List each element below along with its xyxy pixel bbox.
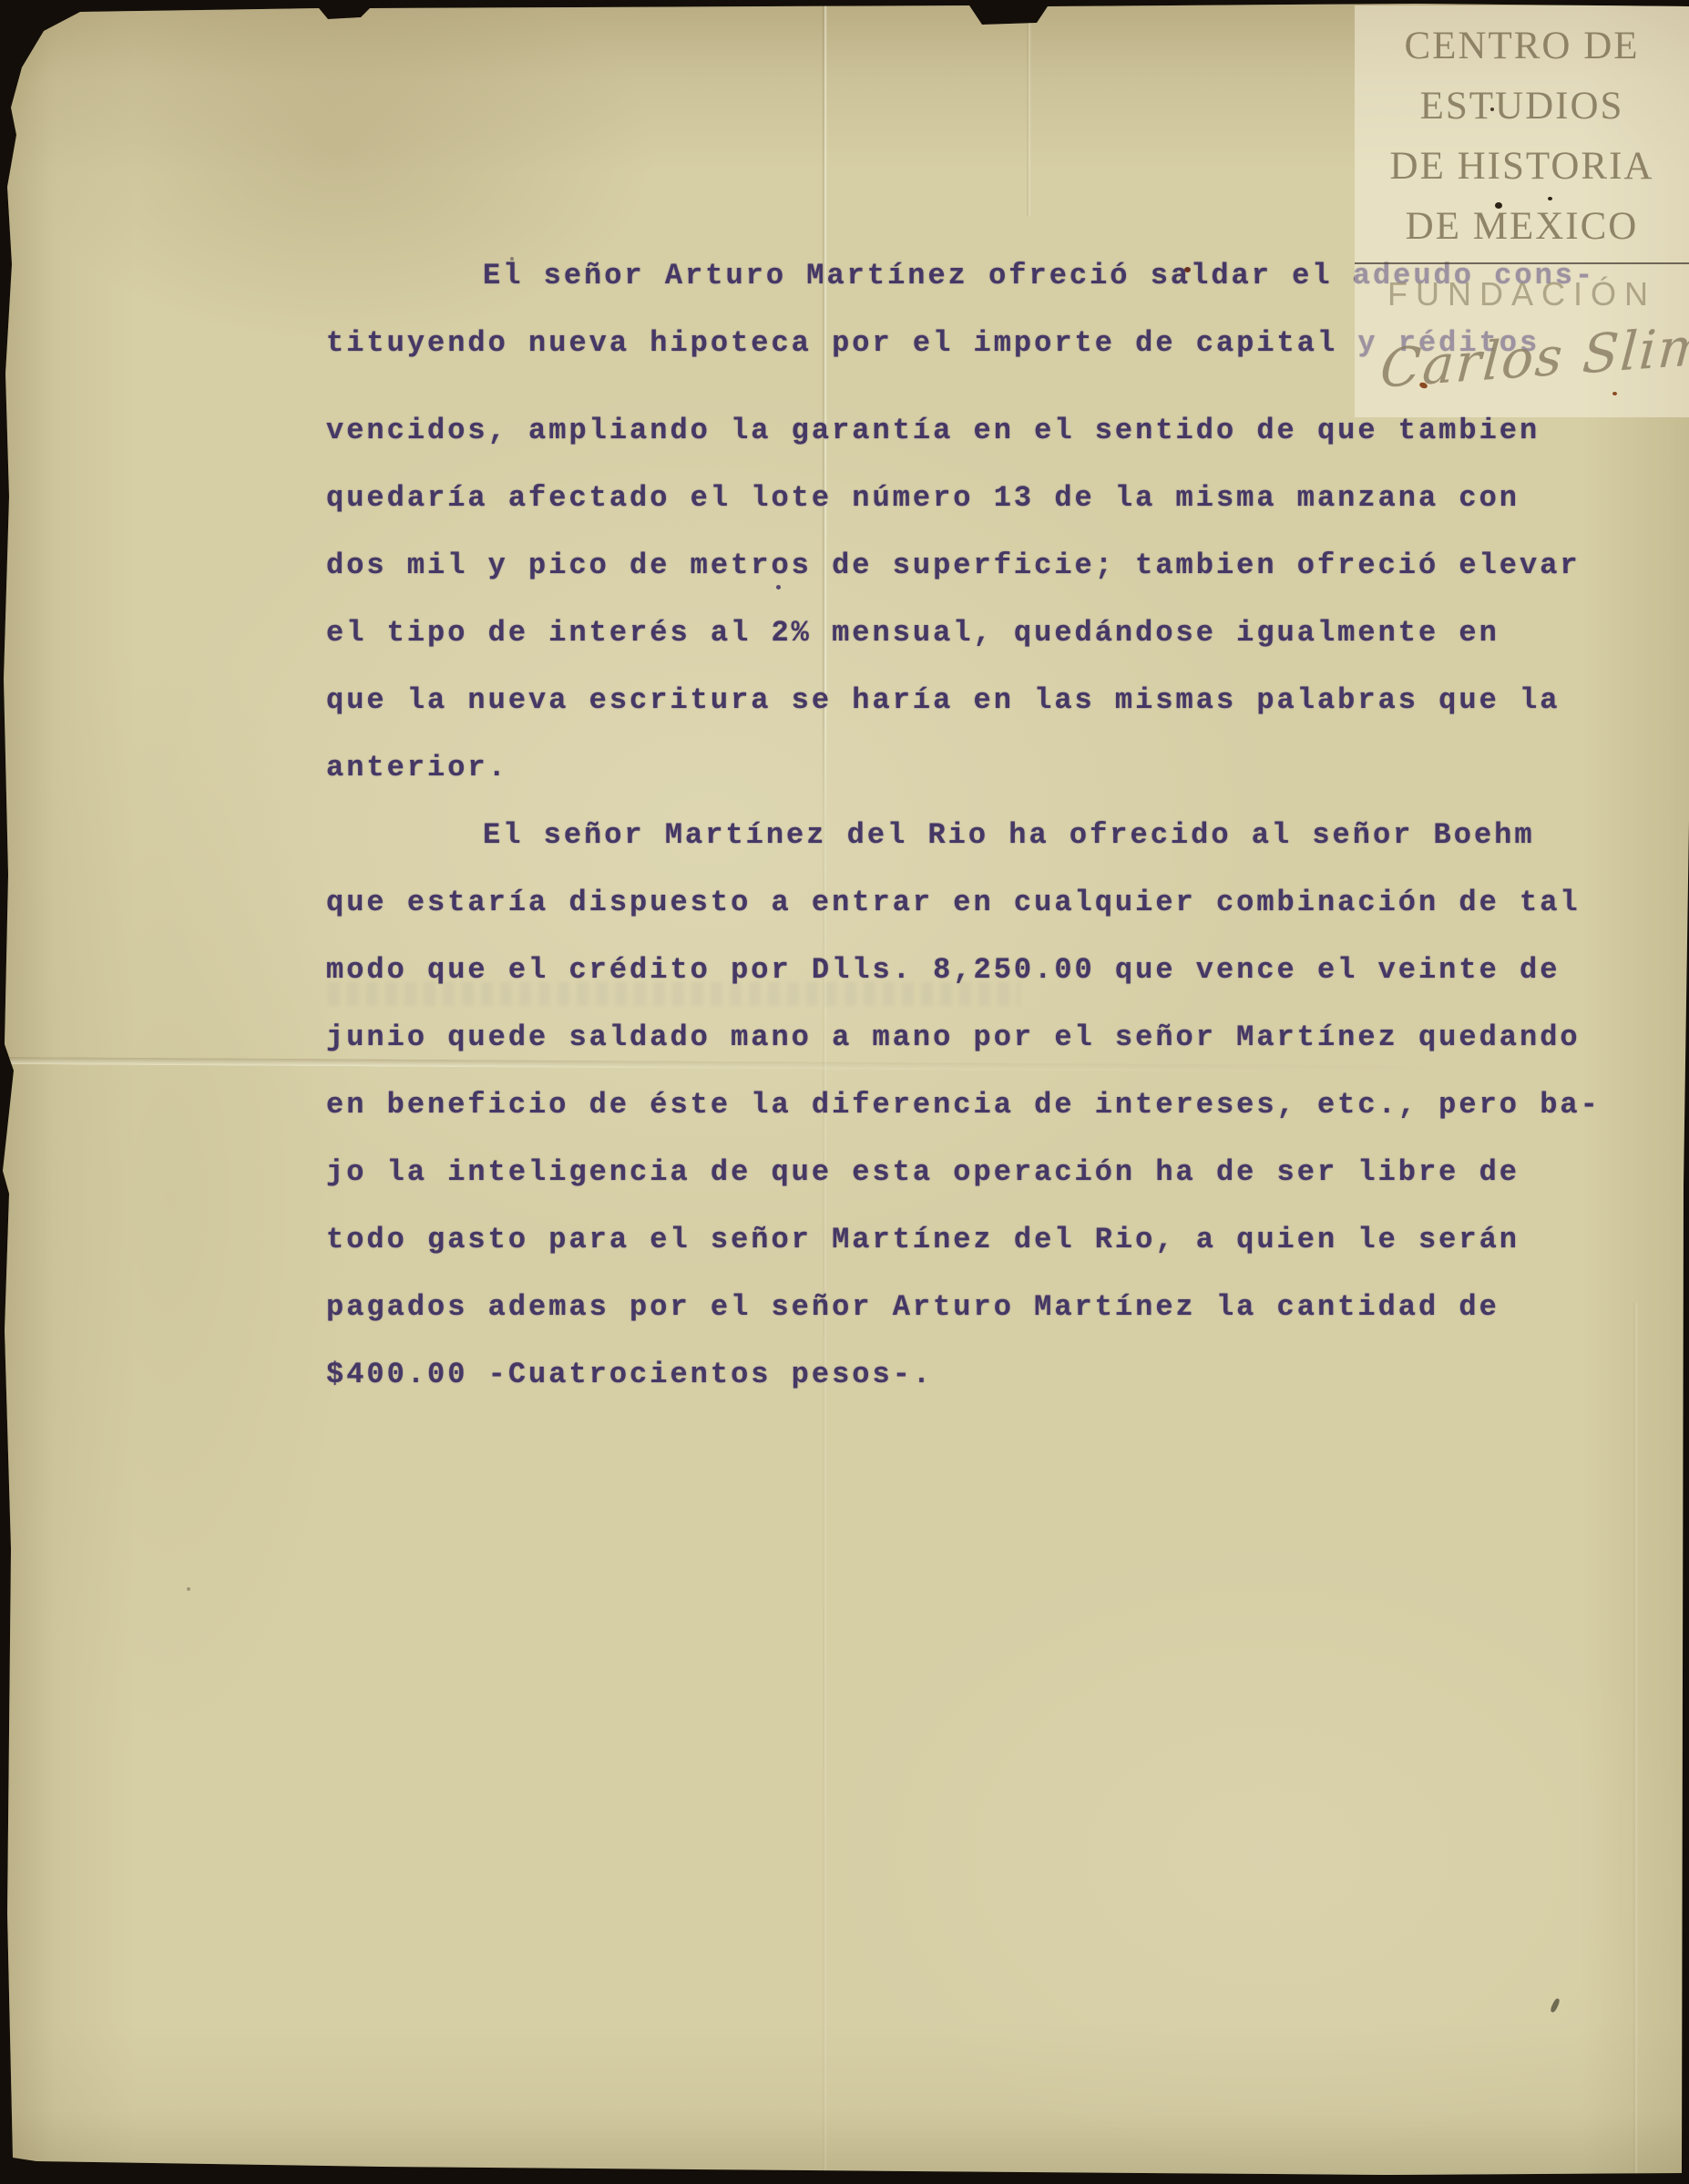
typed-line: que estaría dispuesto a entrar en cualqu… (326, 869, 1620, 937)
scan-background: El señor Arturo Martínez ofreció saldar … (0, 0, 1689, 2184)
typed-line: modo que el crédito por Dlls. 8,250.00 q… (326, 937, 1620, 1004)
typed-line: El señor Martínez del Rio ha ofrecido al… (326, 802, 1620, 869)
archive-watermark: CENTRO DE ESTUDIOS DE HISTORIA DE MEXICO… (1355, 5, 1689, 417)
watermark-line: DE HISTORIA (1355, 137, 1689, 197)
watermark-line: ESTUDIOS (1355, 77, 1689, 137)
watermark-line: DE MEXICO (1355, 197, 1689, 257)
watermark-line: CENTRO DE (1355, 16, 1689, 77)
typed-text-block: El señor Arturo Martínez ofreció saldar … (326, 242, 1620, 1409)
typed-line: pagados ademas por el señor Arturo Martí… (326, 1274, 1620, 1341)
typed-line: jo la inteligencia de que esta operación… (326, 1139, 1620, 1206)
foundation-label: FUNDACIÓN (1355, 275, 1689, 313)
foxing-spot (1548, 197, 1552, 200)
foxing-spot (1490, 108, 1494, 111)
foxing-spot (1495, 202, 1502, 209)
typed-line: junio quede saldado mano a mano por el s… (326, 1004, 1620, 1071)
scratch-mark (1550, 1997, 1561, 2013)
typed-line: que la nueva escritura se haría en las m… (326, 667, 1620, 734)
foxing-spot (1184, 267, 1191, 272)
ink-speck (187, 1587, 190, 1591)
scanned-document-page: El señor Arturo Martínez ofreció saldar … (0, 0, 1689, 2184)
vertical-fold-crease (1026, 6, 1031, 216)
institution-name: CENTRO DE ESTUDIOS DE HISTORIA DE MEXICO (1355, 5, 1689, 257)
foxing-spot (1612, 392, 1617, 395)
typed-line: dos mil y pico de metros de superficie; … (326, 532, 1620, 600)
ink-speck (776, 585, 781, 590)
ink-speck (510, 257, 514, 261)
typed-line: todo gasto para el señor Martínez del Ri… (326, 1206, 1620, 1274)
vertical-fold-crease (1633, 1303, 1638, 2178)
typed-line: el tipo de interés al 2% mensual, quedán… (326, 600, 1620, 667)
watermark-divider (1355, 262, 1689, 264)
typed-line: quedaría afectado el lote número 13 de l… (326, 465, 1620, 532)
typed-line: $400.00 -Cuatrocientos pesos-. (326, 1341, 1620, 1409)
typed-line: en beneficio de éste la diferencia de in… (326, 1071, 1620, 1139)
typed-line: anterior. (326, 734, 1620, 802)
